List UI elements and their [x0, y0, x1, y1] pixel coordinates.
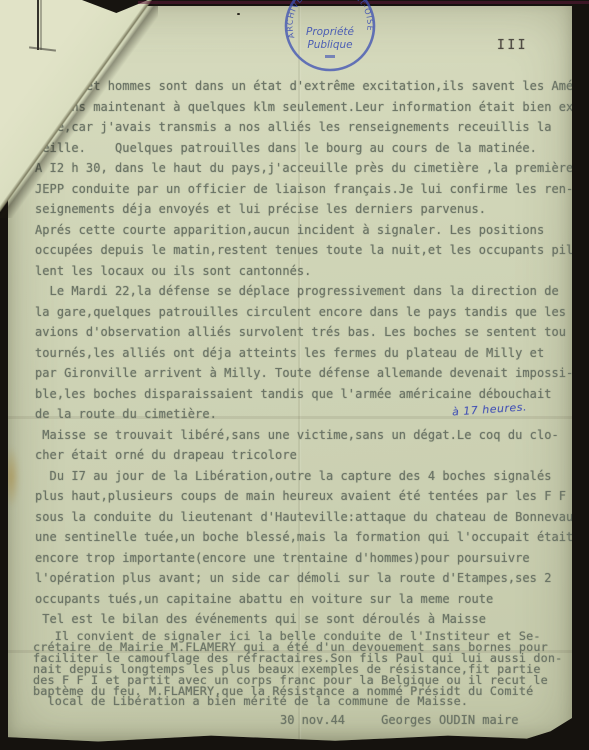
typed-footer-line: local de Libération a bien mérité de la … [33, 696, 562, 707]
pin-mark [37, 0, 39, 50]
typed-line: Tel est le bilan des événements qui se s… [35, 609, 572, 630]
paper-tear [538, 724, 572, 743]
typed-line: l'opération plus avant; un side car démo… [35, 568, 572, 589]
stamp-bar [325, 55, 335, 58]
folded-page-corner [0, 0, 152, 212]
page-number: III [497, 38, 528, 53]
typed-line: cher était orné du drapeau tricolore [35, 445, 572, 466]
archives-stamp: ARCHIVES DE SEINE-et-OISE Propriété Publ… [282, 0, 378, 74]
typed-line: Aprés cette courte apparition,aucun inci… [35, 220, 572, 241]
typed-line: occupants tués,un capitaine abattu en vo… [35, 589, 572, 610]
typed-line: par Gironville arrivent à Milly. Toute d… [35, 363, 572, 384]
scanned-document-photo: Chefs et hommes sont dans un état d'extr… [0, 0, 589, 750]
typed-line: lent les locaux ou ils sont cantonnés. [35, 261, 572, 282]
typed-line: sous la conduite du lieutenant d'Hautevi… [35, 507, 572, 528]
typed-line: tournés,les alliés ont déja atteints les… [35, 343, 572, 364]
stamp-text-propriete: Propriété [306, 26, 355, 38]
typed-footer-text: Il convient de signaler ici la belle con… [33, 631, 562, 707]
typed-line: Maisse se trouvait libéré,sans une victi… [35, 425, 572, 446]
typed-line: une sentinelle tuée,un boche blessé,mais… [35, 527, 572, 548]
signature-line: 30 nov.44 Georges OUDIN maire [280, 713, 518, 727]
typed-line: avions d'observation alliés survolent tr… [35, 322, 572, 343]
typed-line: plus haut,plusieurs coups de main heureu… [35, 486, 572, 507]
paper-stain [8, 446, 20, 508]
typed-line: encore trop importante(encore une trenta… [35, 548, 572, 569]
ink-speck [237, 13, 240, 15]
typed-line: Du I7 au jour de la Libération,outre la … [35, 466, 572, 487]
typed-line: la gare,quelques patrouilles circulent e… [35, 302, 572, 323]
stamp-text-publique: Publique [307, 39, 352, 51]
typed-line: occupées depuis le matin,restent tenues … [35, 240, 572, 261]
typed-line: Le Mardi 22,la défense se déplace progre… [35, 281, 572, 302]
typed-line: ble,les boches disparaissaient tandis qu… [35, 384, 572, 405]
